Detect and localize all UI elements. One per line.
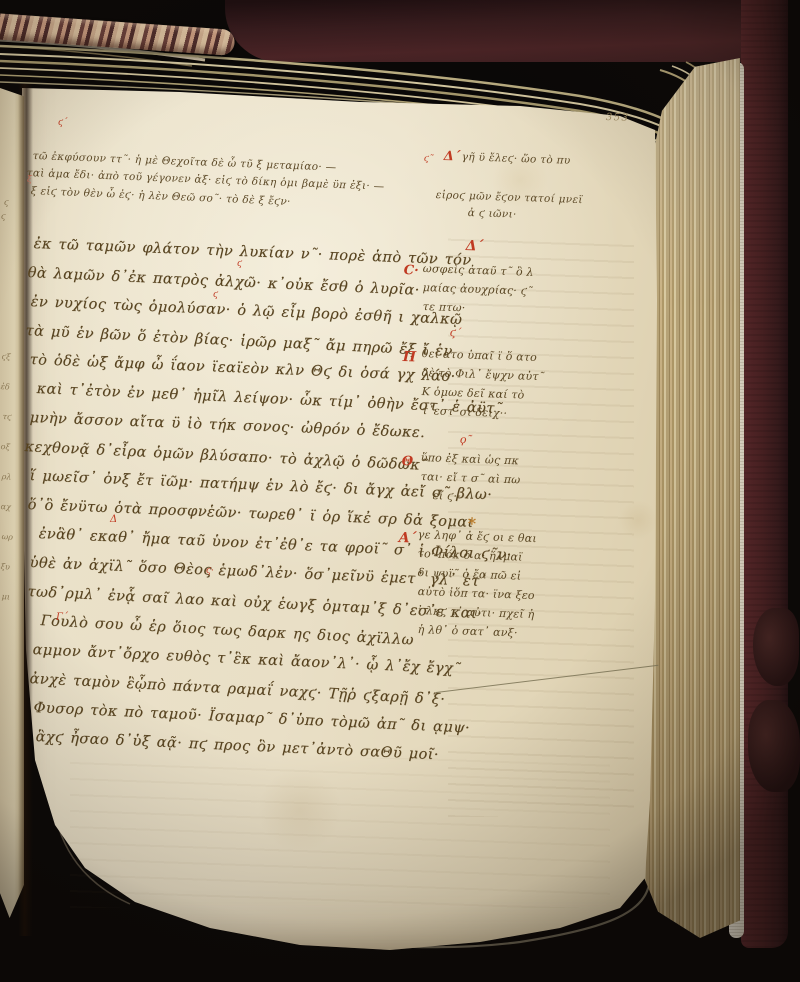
marginal-note-line: ται· εἴ τ σ῀ αὶ πω (421, 471, 521, 485)
gutter-fragment: αχ (0, 502, 11, 512)
marginal-note-line: Κ ὁμωε δεῖ καί τὸ (422, 386, 525, 401)
section-mark: ϙ῀ (460, 433, 473, 446)
rubric-mark: ϛ· (206, 566, 214, 576)
gutter-fragment: ϛ (1, 212, 5, 221)
gutter-fragment: ϛ (4, 198, 8, 207)
rubric-mark: ϛ (237, 259, 242, 269)
marginal-note-line: δι ψυϊ῀ ὁ ἔα πῶ εἰ (418, 567, 522, 582)
marginal-note-line: τ᾽εστ᾽σι δειχ·· (422, 405, 508, 419)
gutter-fragment: οξ (0, 442, 10, 452)
ink-showthrough (70, 758, 610, 908)
marginal-note-line: μαίας ἀουχρίας· ϛ῀ (423, 282, 533, 297)
gutter-fragment: μι (1, 592, 10, 602)
marginal-note-line: εἴ ϛ·· (433, 490, 461, 502)
folio-number: 353 (606, 112, 630, 124)
rubric-initial: Π (402, 349, 416, 365)
rubric-mark: Γ΄ (56, 612, 68, 623)
marginal-note-line: ὕπο ἐξ καὶ ὡς πκ (421, 452, 520, 466)
gutter-fragment: ϛξ (1, 352, 10, 362)
rubric-mark: ϛ´ (58, 118, 68, 128)
rubric-initial: C· (403, 263, 418, 279)
gutter-fragment: τϛ (2, 412, 12, 422)
gutter-fragment: ἑδ (0, 382, 10, 392)
section-mark: Δ´ (465, 238, 483, 255)
rubric-mark: Δ (110, 514, 117, 525)
marginal-note-line: τε πτω· (423, 301, 466, 313)
rubric-initial: Δ´ (443, 149, 460, 165)
rubric-mark: ϛ (213, 290, 218, 300)
gutter-fragment: ρλ (1, 472, 11, 482)
marginal-note-line: το· πόκ ὅ α· ἥλμαϊ (418, 548, 523, 563)
rubric-initial: Θ (401, 454, 413, 469)
manuscript-photo: 353 τῶ ἐκφύσουν ττ῀· ἡ μὲ Θεχοῖτα δὲ ὦ τ… (0, 0, 800, 982)
marginal-note-line: ἡ λθ᾽ ὁ σατ᾽ ανξ· (418, 624, 518, 638)
section-mark: ϛ´ (450, 326, 462, 339)
gutter-fragment: ωρ (1, 532, 13, 542)
rubric-initial: Α΄ (398, 530, 416, 547)
rubric-mark: ξ (27, 175, 32, 185)
gutter-fragment: ξυ (0, 562, 10, 572)
header-line: ἀ ϛ ιῶνι· (468, 207, 517, 221)
rubric-mark: ϛ῀ (424, 154, 434, 164)
